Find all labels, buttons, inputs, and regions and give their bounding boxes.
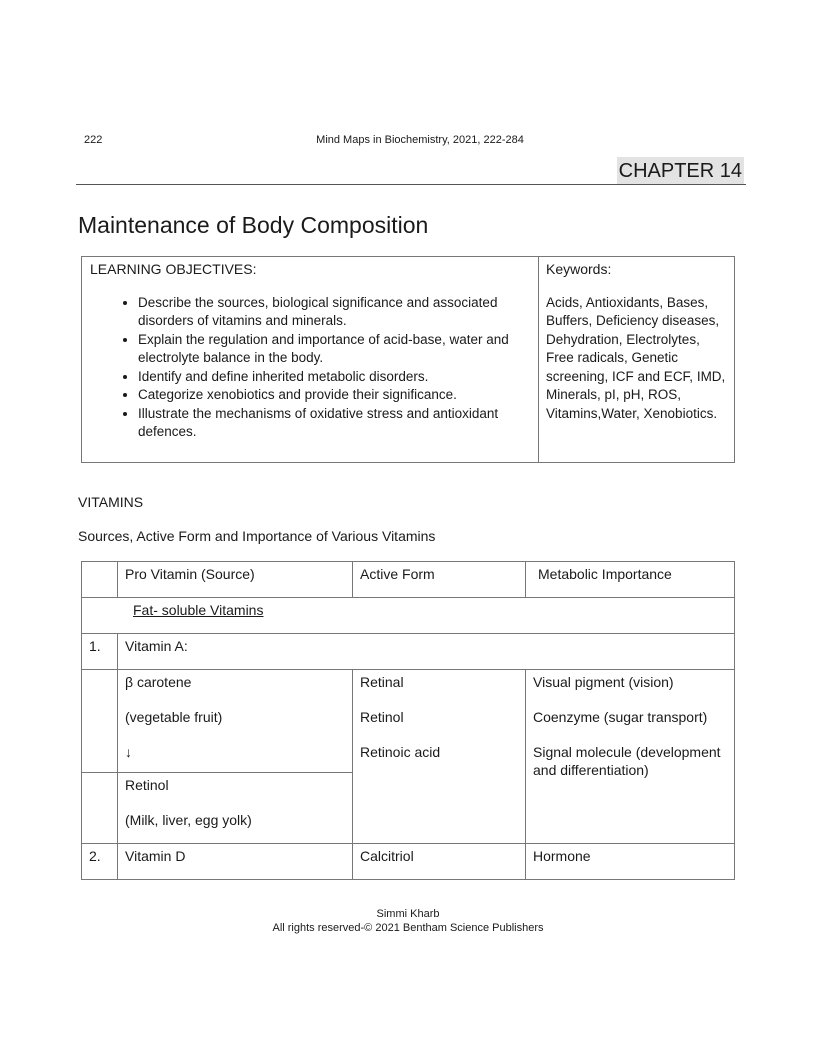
keywords-cell: Keywords: Acids, Antioxidants, Bases, Bu…: [539, 257, 735, 463]
keywords-list: Acids, Antioxidants, Bases, Buffers, Def…: [546, 294, 728, 424]
objectives-heading: LEARNING OBJECTIVES:: [90, 260, 530, 279]
keywords-heading: Keywords:: [546, 260, 728, 279]
group-cell: Fat- soluble Vitamins: [82, 598, 735, 634]
source-text: (vegetable fruit): [125, 708, 345, 726]
vitamin-name: Vitamin D: [118, 844, 353, 880]
importance-text: Visual pigment (vision): [533, 673, 727, 691]
footer-author: Simmi Kharb: [0, 908, 816, 920]
vitamin-table: Pro Vitamin (Source) Active Form Metabol…: [81, 561, 735, 880]
header-cell-importance: Metabolic Importance: [526, 562, 735, 598]
source-text: β carotene: [125, 673, 345, 691]
table-row: 2. Vitamin D Calcitriol Hormone: [82, 844, 735, 880]
chapter-label: CHAPTER 14: [617, 157, 744, 184]
importance-cell: Visual pigment (vision) Coenzyme (sugar …: [526, 670, 735, 844]
header-rule: [76, 184, 746, 185]
importance-text: Hormone: [526, 844, 735, 880]
header-cell-source: Pro Vitamin (Source): [118, 562, 353, 598]
header-cell-number: [82, 562, 118, 598]
objective-item: Categorize xenobiotics and provide their…: [138, 386, 530, 405]
table-row: β carotene (vegetable fruit) ↓ Retinal R…: [82, 670, 735, 773]
header-cell-active-form: Active Form: [353, 562, 526, 598]
section-heading: VITAMINS: [78, 494, 143, 510]
objectives-box: LEARNING OBJECTIVES: Describe the source…: [81, 256, 735, 463]
running-head: Mind Maps in Biochemistry, 2021, 222-284: [0, 134, 816, 146]
table-row: 1. Vitamin A:: [82, 634, 735, 670]
footer-copyright: All rights reserved-© 2021 Bentham Scien…: [0, 922, 816, 934]
objectives-cell: LEARNING OBJECTIVES: Describe the source…: [82, 257, 539, 463]
row-number: 2.: [82, 844, 118, 880]
source-text: Retinol: [125, 776, 345, 794]
group-label: Fat- soluble Vitamins: [133, 602, 263, 618]
arrow-down-icon: ↓: [125, 743, 345, 761]
table-header-row: Pro Vitamin (Source) Active Form Metabol…: [82, 562, 735, 598]
active-form-text: Calcitriol: [353, 844, 526, 880]
active-form-cell: Retinal Retinol Retinoic acid: [353, 670, 526, 844]
importance-text: Signal molecule (development and differe…: [533, 743, 727, 779]
source-cell: β carotene (vegetable fruit) ↓: [118, 670, 353, 773]
objective-item: Illustrate the mechanisms of oxidative s…: [138, 405, 530, 442]
section-subheading: Sources, Active Form and Importance of V…: [78, 528, 435, 544]
row-number-empty: [82, 773, 118, 844]
vitamin-name: Vitamin A:: [118, 634, 735, 670]
importance-text: Coenzyme (sugar transport): [533, 708, 727, 726]
objectives-list: Describe the sources, biological signifi…: [90, 294, 530, 442]
active-form-text: Retinoic acid: [360, 743, 518, 761]
row-number-empty: [82, 670, 118, 773]
row-number: 1.: [82, 634, 118, 670]
active-form-text: Retinol: [360, 708, 518, 726]
objective-item: Describe the sources, biological signifi…: [138, 294, 530, 331]
objective-item: Explain the regulation and importance of…: [138, 331, 530, 368]
source-cell: Retinol (Milk, liver, egg yolk): [118, 773, 353, 844]
page-title: Maintenance of Body Composition: [78, 212, 428, 239]
source-text: (Milk, liver, egg yolk): [125, 811, 345, 829]
table-group-row: Fat- soluble Vitamins: [82, 598, 735, 634]
objective-item: Identify and define inherited metabolic …: [138, 368, 530, 387]
active-form-text: Retinal: [360, 673, 518, 691]
